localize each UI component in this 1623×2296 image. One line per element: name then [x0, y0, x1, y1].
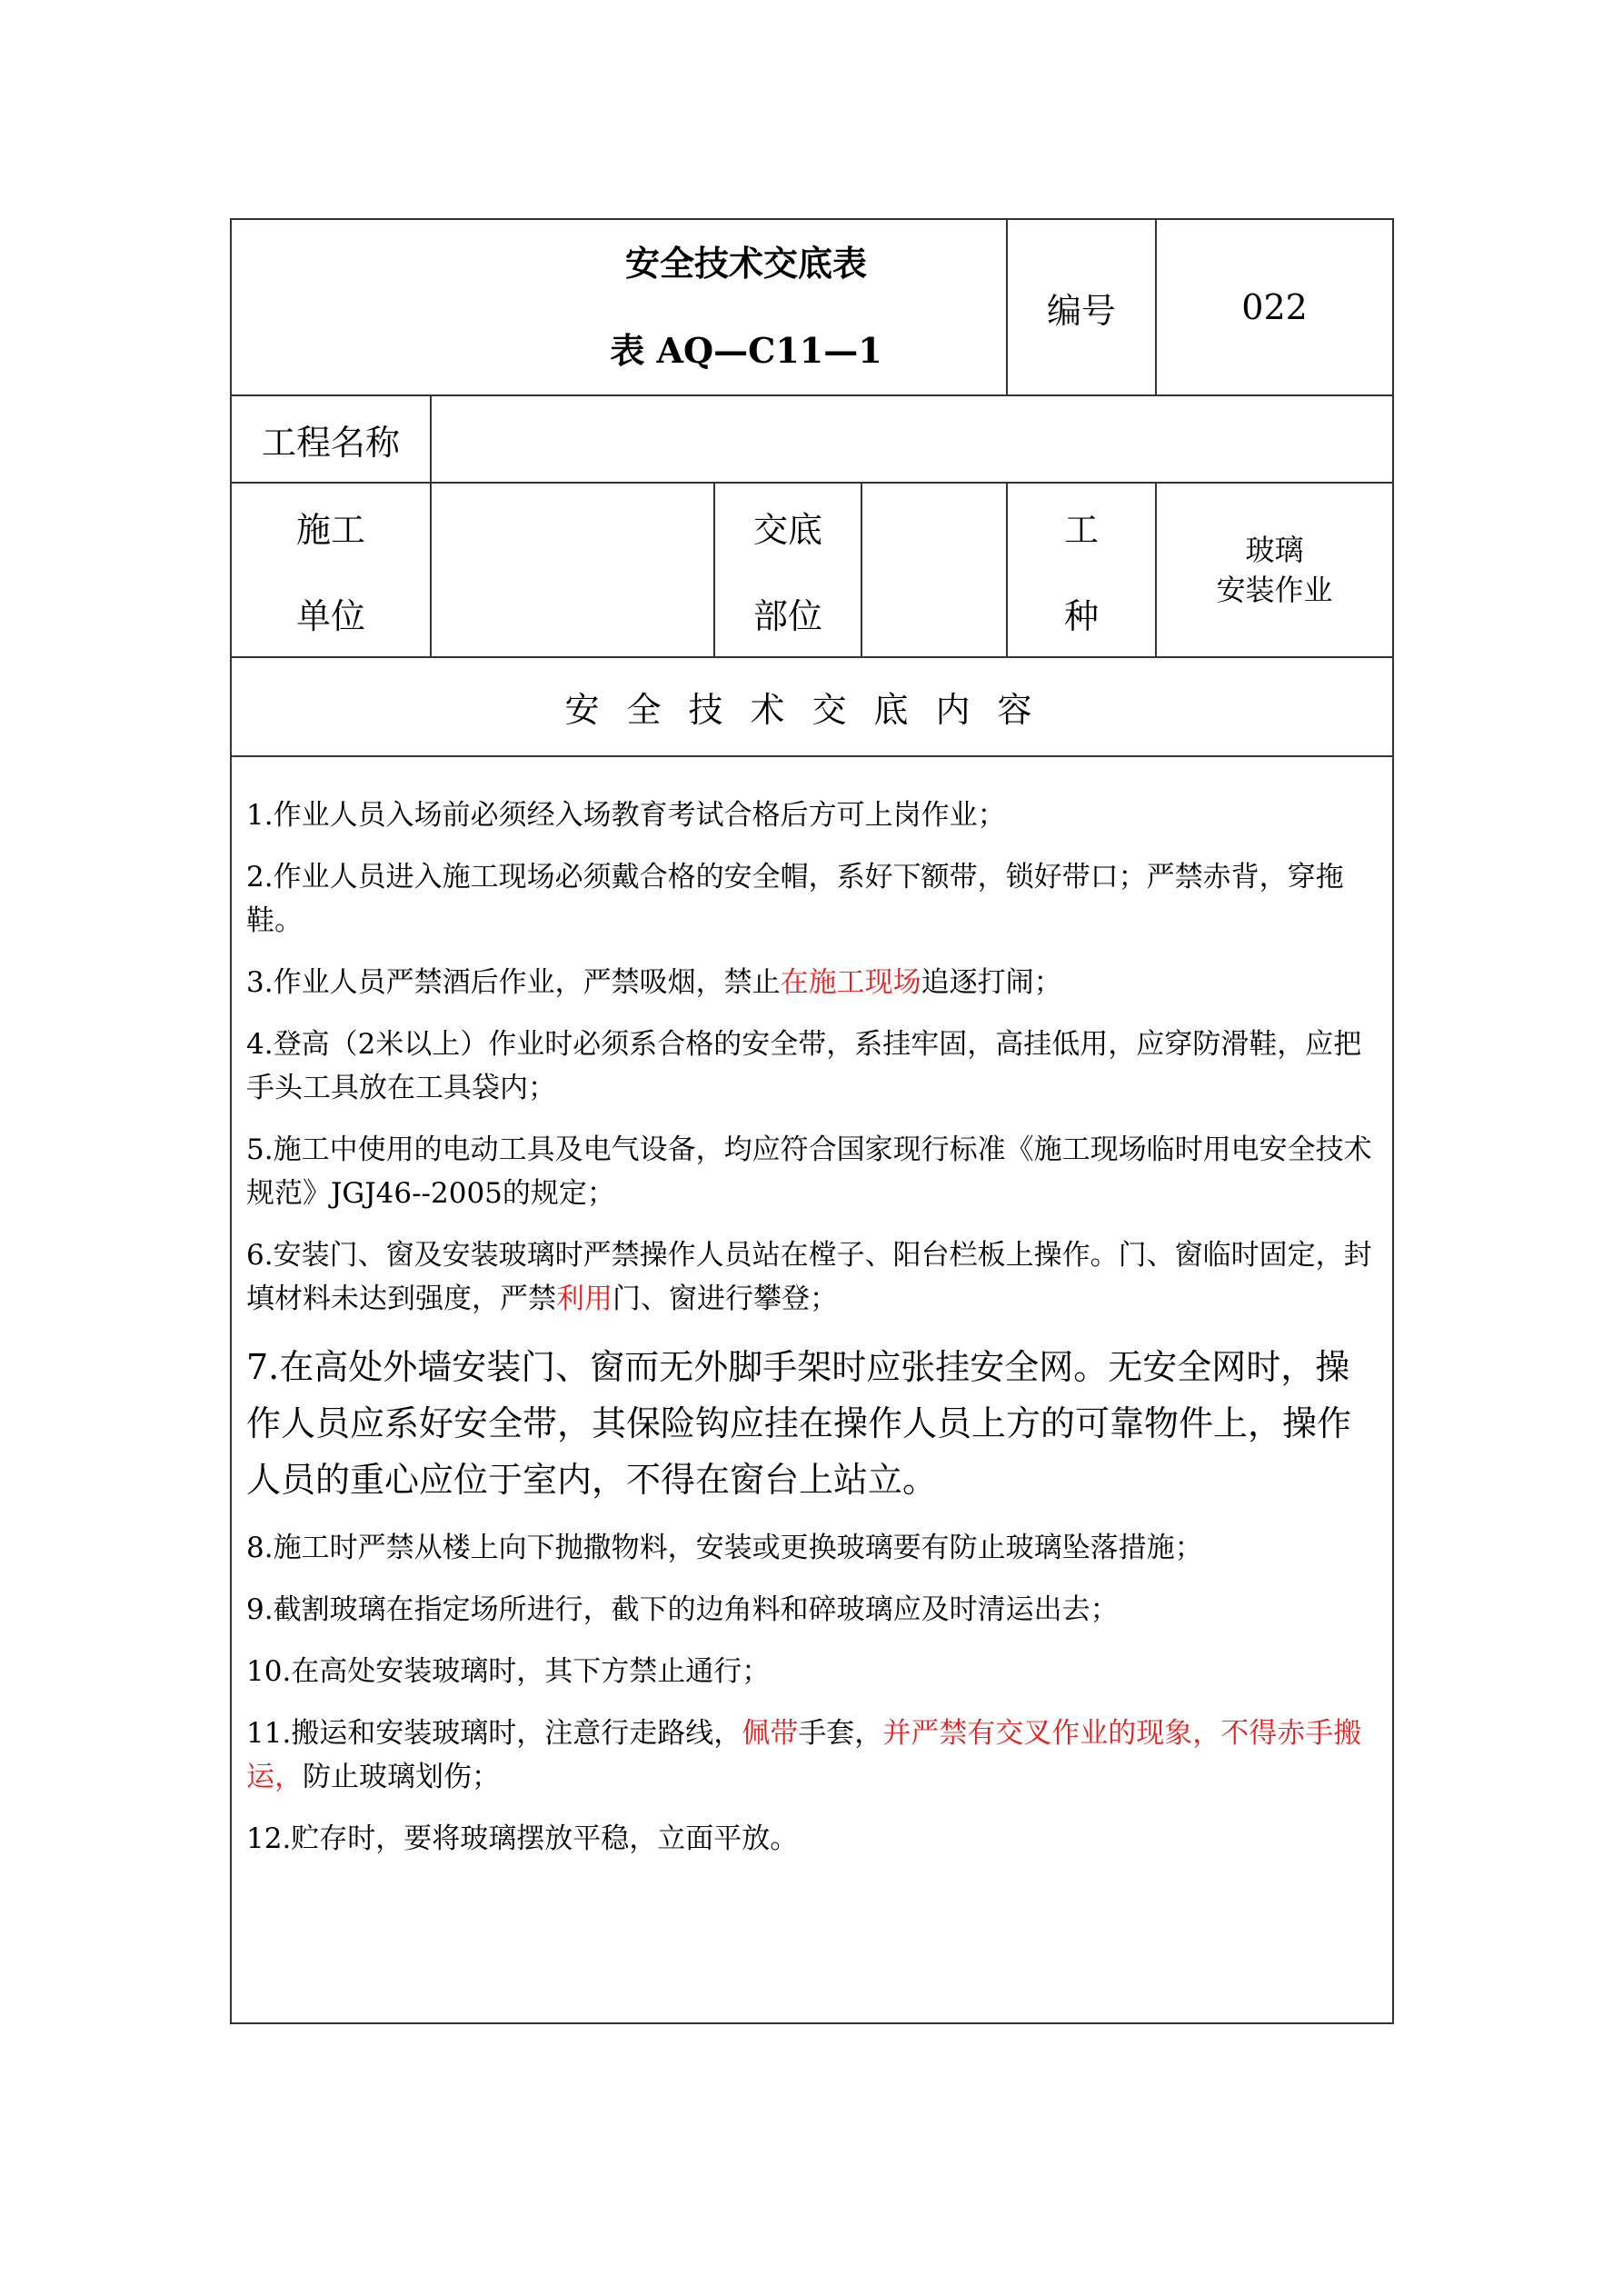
briefing-item: 10.在高处安装玻璃时，其下方禁止通行；	[246, 1650, 1378, 1693]
highlighted-text: 在施工现场	[781, 966, 921, 999]
item-text: 5.施工中使用的电动工具及电气设备，均应符合国家现行标准《施工现场临时用电安全技…	[246, 1133, 1372, 1210]
project-name-label: 工程名称	[231, 395, 431, 483]
item-text: 2.作业人员进入施工现场必须戴合格的安全帽，系好下额带，锁好带口；严禁赤背，穿拖…	[246, 861, 1344, 937]
item-text: 追逐打闹；	[921, 966, 1062, 999]
briefing-part-value[interactable]	[861, 483, 1007, 657]
item-text: 4.登高（2米以上）作业时必须系合格的安全带，系挂牢固，高挂低用，应穿防滑鞋，应…	[246, 1028, 1361, 1104]
section-title: 安全技术交底内容	[231, 657, 1393, 756]
item-text: 手套，	[798, 1717, 882, 1750]
item-text: 12.贮存时，要将玻璃摆放平稳，立面平放。	[246, 1822, 798, 1855]
item-text: 门、窗进行攀登；	[612, 1283, 838, 1315]
briefing-items-list: 1.作业人员入场前必须经入场教育考试合格后方可上岗作业；2.作业人员进入施工现场…	[246, 794, 1378, 1861]
briefing-item: 8.施工时严禁从楼上向下抛撒物料，安装或更换玻璃要有防止玻璃坠落措施；	[246, 1526, 1378, 1570]
briefing-part-label: 交底部位	[714, 483, 861, 657]
briefing-item: 9.截割玻璃在指定场所进行，截下的边角料和碎玻璃应及时清运出去；	[246, 1588, 1378, 1632]
item-text: 防止玻璃划伤；	[303, 1761, 500, 1793]
form-code: 表 AQ—C11—1	[486, 307, 1006, 394]
briefing-item: 5.施工中使用的电动工具及电气设备，均应符合国家现行标准《施工现场临时用电安全技…	[246, 1128, 1378, 1215]
project-name-value[interactable]	[431, 395, 1393, 483]
item-text: 11.搬运和安装玻璃时，注意行走路线，	[246, 1717, 742, 1750]
item-text: 10.在高处安装玻璃时，其下方禁止通行；	[246, 1655, 770, 1688]
briefing-item: 2.作业人员进入施工现场必须戴合格的安全帽，系好下额带，锁好带口；严禁赤背，穿拖…	[246, 855, 1378, 943]
title-cell: 安全技术交底表 表 AQ—C11—1	[231, 219, 1007, 395]
item-text: 3.作业人员严禁酒后作业，严禁吸烟，禁止	[246, 966, 781, 999]
item-text: 8.施工时严禁从楼上向下抛撒物料，安装或更换玻璃要有防止玻璃坠落措施；	[246, 1532, 1203, 1564]
item-text: 1.作业人员入场前必须经入场教育考试合格后方可上岗作业；	[246, 799, 1006, 832]
trade-value: 玻璃安装作业	[1156, 483, 1393, 657]
briefing-content: 1.作业人员入场前必须经入场教育考试合格后方可上岗作业；2.作业人员进入施工现场…	[231, 756, 1393, 2023]
briefing-item: 12.贮存时，要将玻璃摆放平稳，立面平放。	[246, 1817, 1378, 1861]
construction-unit-value[interactable]	[431, 483, 714, 657]
construction-unit-label: 施工单位	[231, 483, 431, 657]
safety-briefing-table: 安全技术交底表 表 AQ—C11—1 编号 022 工程名称 施工单位 交底部位…	[230, 218, 1394, 2024]
item-text: 7.在高处外墙安装门、窗而无外脚手架时应张挂安全网。无安全网时，操作人员应系好安…	[246, 1347, 1351, 1500]
highlighted-text: 利用	[556, 1283, 612, 1315]
trade-label: 工种	[1007, 483, 1156, 657]
item-text: 9.截割玻璃在指定场所进行，截下的边角料和碎玻璃应及时清运出去；	[246, 1593, 1119, 1626]
number-label: 编号	[1007, 219, 1156, 395]
briefing-item: 6.安装门、窗及安装玻璃时严禁操作人员站在樘子、阳台栏板上操作。门、窗临时固定，…	[246, 1233, 1378, 1321]
briefing-item: 7.在高处外墙安装门、窗而无外脚手架时应张挂安全网。无安全网时，操作人员应系好安…	[246, 1339, 1378, 1508]
highlighted-text: 佩带	[742, 1717, 798, 1750]
form-title: 安全技术交底表	[486, 220, 1006, 307]
briefing-item: 1.作业人员入场前必须经入场教育考试合格后方可上岗作业；	[246, 794, 1378, 837]
briefing-item: 4.登高（2米以上）作业时必须系合格的安全带，系挂牢固，高挂低用，应穿防滑鞋，应…	[246, 1023, 1378, 1110]
number-value: 022	[1156, 219, 1393, 395]
briefing-item: 3.作业人员严禁酒后作业，严禁吸烟，禁止在施工现场追逐打闹；	[246, 961, 1378, 1004]
briefing-item: 11.搬运和安装玻璃时，注意行走路线，佩带手套，并严禁有交叉作业的现象，不得赤手…	[246, 1712, 1378, 1799]
